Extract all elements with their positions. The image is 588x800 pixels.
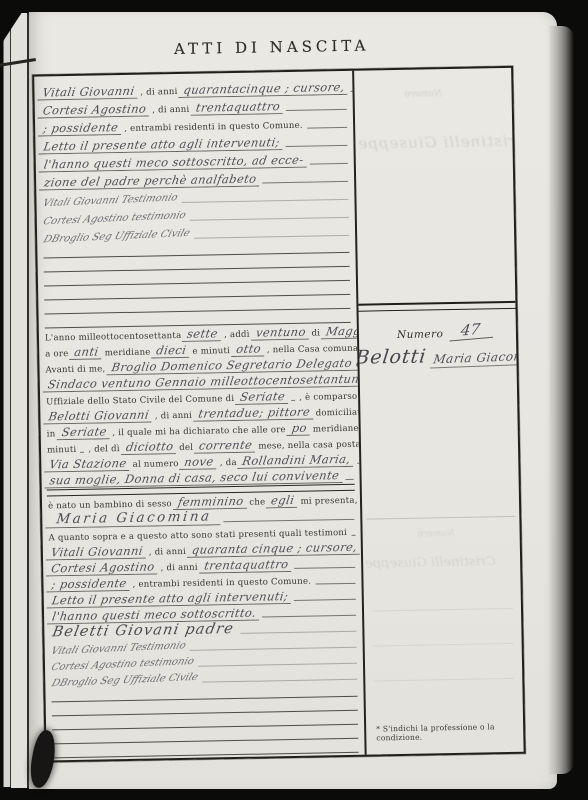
handwritten-text: dieci [151, 344, 191, 359]
handwritten-text: ; possidente [38, 121, 123, 137]
book-scan: ATTI DI NASCITA Vitali Giovanni, di anni… [0, 0, 588, 800]
handwritten-text: trentadue; pittore [193, 406, 315, 422]
act-text-column: Vitali Giovanni, di anniquarantacinque ;… [34, 71, 364, 761]
printed-text: a ore [43, 349, 70, 360]
blank-rule [194, 235, 349, 239]
bleedthrough-rule [373, 643, 514, 647]
handwritten-text: Rollandini Maria, [238, 453, 356, 469]
printed-text: , di anni [159, 563, 200, 575]
numero-value: 47 [450, 319, 496, 342]
numero-label: Numero [397, 328, 444, 341]
act1-continuation: Vitali Giovanni, di anniquarantacinque ;… [34, 77, 355, 245]
blank-rule [240, 631, 356, 634]
blank-rule [190, 217, 349, 221]
handwritten-text: Vitali Giovanni [46, 545, 148, 561]
handwritten-text: Cortesi Agostino [38, 102, 152, 118]
handwritten-text: po [287, 422, 312, 436]
printed-text: , di anni [138, 87, 179, 99]
printed-text: minuti [45, 445, 79, 457]
handwritten-text: otto [231, 342, 266, 357]
blank-rule [262, 615, 356, 618]
handwritten-text: nove [180, 455, 219, 470]
printed-text: , nella Casa comunale. [265, 343, 358, 356]
blank-rule [351, 535, 355, 536]
handwritten-text: ventuno [251, 326, 311, 341]
handwritten-text: egli [266, 494, 299, 509]
bleedthrough-rule [373, 678, 514, 682]
printed-text: , del dì [86, 444, 122, 456]
printed-text: mi presenta, e a cui d [298, 495, 360, 508]
blank-rule [202, 679, 357, 683]
printed-text: al numero [131, 459, 181, 471]
printed-text: Avanti di me, [43, 364, 107, 376]
printed-text: , di anni [153, 411, 194, 423]
bleedthrough-text: Numero [404, 89, 441, 100]
act2-record: L'anno milleottocentosettantasette, addì… [39, 323, 364, 689]
registered-given-name: Maria Giacomina [430, 348, 523, 368]
printed-document: ATTI DI NASCITA Vitali Giovanni, di anni… [22, 7, 564, 794]
blank-rule [345, 479, 353, 480]
margin-column: Numero Cristinelli Giuseppe Numero 47 Be… [352, 68, 524, 755]
bleedthrough-text: Cristinelli Giuseppe [365, 554, 496, 571]
handwritten-text: corrente [194, 439, 257, 454]
printed-text: meridiane [311, 424, 359, 436]
bleedthrough-text: Cristinelli Giuseppe [357, 132, 523, 153]
blank-rule [286, 109, 347, 111]
blank-rule [291, 400, 295, 401]
printed-text: e minuti [190, 346, 232, 358]
page-title: ATTI DI NASCITA [33, 34, 511, 61]
blank-rule [286, 145, 348, 147]
handwritten-text: trentaquattro [190, 100, 284, 116]
blank-rule [307, 127, 347, 129]
handwritten-text: Maggio [321, 324, 357, 339]
blank-rule [198, 663, 357, 667]
handwritten-name: Maria Giacomina [45, 509, 222, 528]
blank-rule [310, 163, 348, 165]
blank-rule [294, 599, 356, 601]
printed-text: , da [218, 458, 239, 469]
handwritten-text: anti [69, 345, 103, 360]
handwritten-text: Cortesi Agostino [46, 560, 160, 576]
blank-rule [224, 519, 355, 522]
bleedthrough-rule [372, 608, 513, 612]
handwritten-text: diciotto [121, 440, 179, 455]
blank-rules-block [45, 683, 364, 759]
margin-divider-rule [358, 301, 515, 312]
blank-rule [80, 452, 84, 453]
handwritten-text: Seriate [235, 390, 290, 405]
bleedthrough-text: Numero [418, 529, 455, 540]
printed-text: , di anni [147, 547, 188, 559]
printed-text: , addì [222, 330, 252, 342]
handwritten-text: Belotti Giovanni [43, 408, 154, 424]
registered-name: Belotti Maria Giacomina [355, 343, 523, 369]
printed-text: in [45, 429, 58, 440]
printed-text: del [177, 443, 195, 454]
document-frame: Vitali Giovanni, di anniquarantacinque ;… [32, 66, 526, 763]
footnote: * S'indichi la professione o la condizio… [376, 722, 523, 743]
printed-text: meridiane [103, 347, 153, 359]
handwritten-text: trentaquattro [199, 558, 293, 574]
registered-surname: Belotti [354, 345, 428, 368]
printed-text: , è comparso [297, 392, 358, 404]
printed-text: , di anni [150, 105, 191, 117]
printed-text: domiciliat [314, 408, 359, 420]
act-number: Numero 47 [397, 320, 495, 341]
blank-rule [182, 199, 349, 203]
blank-rule [315, 583, 355, 585]
handwritten-text: sette [182, 327, 223, 342]
handwritten-text: Seriate [56, 425, 111, 440]
printed-text: mese, nella casa posta in [256, 439, 359, 452]
handwritten-text: Via Stazione [44, 457, 132, 473]
printed-text: che [247, 497, 267, 508]
bleedthrough-rule [366, 516, 515, 520]
blank-rules-block [37, 239, 356, 329]
blank-rule [294, 567, 355, 569]
handwritten-text: Vitali Giovanni [37, 85, 139, 101]
handwritten-text: femminino [173, 495, 249, 510]
handwritten-text: ; possidente [46, 577, 131, 593]
blank-rule [263, 181, 349, 184]
